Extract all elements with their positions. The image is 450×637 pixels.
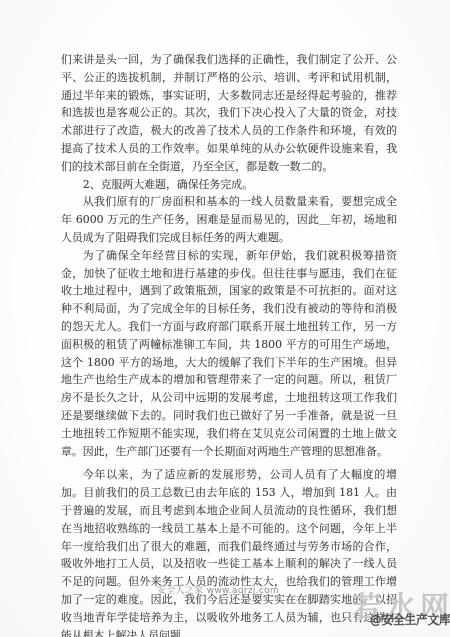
document-page: 们来讲是头一回，为了确保我们选择的正确性，我们制定了公开、公平、公正的选拔机制，… [0,0,450,637]
section-heading: 2、克服两大难题，确保任务完成。 [61,176,397,194]
paragraph-continuation: 们来讲是头一回，为了确保我们选择的正确性，我们制定了公开、公平、公正的选拔机制，… [61,51,397,176]
footer-site-credit: 安全人之家 www.aqrzj.com [157,586,279,596]
paragraph: 从我们原有的厂房面积和基本的一线人员数量来看，要想完成全年 6000 万元的生产… [61,193,397,246]
watermark-overlay-text: @安全生产文库 [370,610,450,628]
document-body: 们来讲是头一回，为了确保我们选择的正确性，我们制定了公开、公平、公正的选拔机制，… [61,51,397,637]
paragraph: 为了确保全年经营目标的实现，新年伊始，我们就积极筹措资金，加快了征收土地和进行基… [61,247,397,461]
watermark: 若水网 @安全生产文库 [334,593,450,637]
